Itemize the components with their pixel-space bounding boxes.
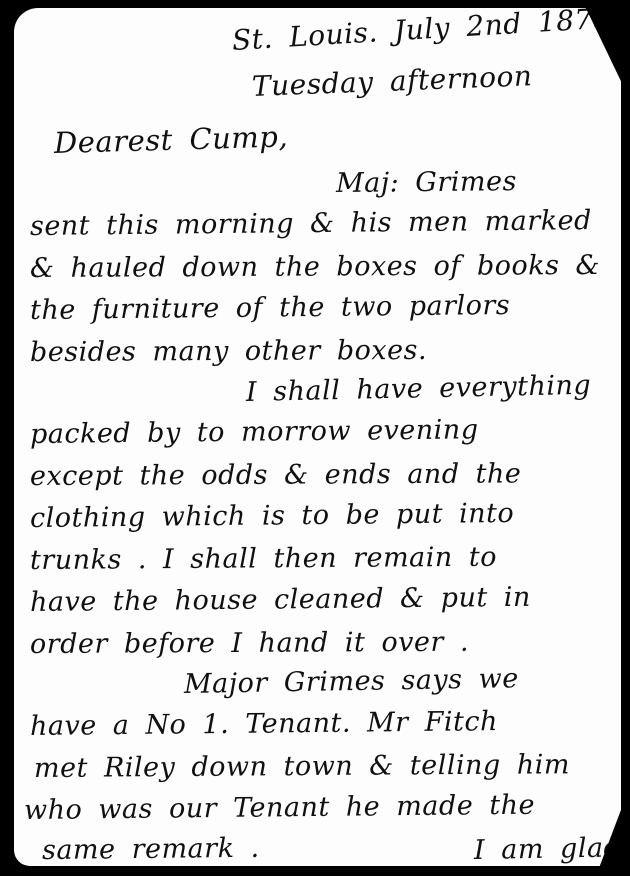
scanned-letter: St. Louis. July 2nd 1878. Tuesday aftern… [0, 0, 630, 876]
body-line: order before I hand it over . [30, 627, 469, 660]
salutation: Dearest Cump, [54, 119, 289, 160]
body-line: Major Grimes says we [184, 663, 519, 700]
closing-fragment: same remark . [42, 833, 260, 866]
closing-fragment: I am glad [474, 832, 622, 866]
body-line: clothing which is to be put into [30, 498, 515, 534]
body-line: trunks . I shall then remain to [30, 542, 497, 576]
body-line: have a No 1. Tenant. Mr Fitch [30, 706, 498, 742]
body-line: met Riley down town & telling him [34, 749, 570, 784]
body-line: have the house cleaned & put in [30, 582, 531, 618]
body-line: & hauled down the boxes of books & [30, 250, 600, 284]
dateline: St. Louis. July 2nd 1878. [231, 1, 621, 57]
body-line: who was our Tenant he made the [24, 790, 535, 826]
body-line: Maj: Grimes [336, 166, 517, 199]
letter-page: St. Louis. July 2nd 1878. Tuesday aftern… [14, 8, 621, 866]
body-line: I shall have everything [246, 370, 592, 408]
day-line: Tuesday afternoon [251, 59, 533, 103]
body-line: the furniture of the two parlors [30, 290, 511, 326]
body-line: except the odds & ends and the [30, 458, 522, 492]
body-line: sent this morning & his men marked [30, 205, 592, 242]
body-line: packed by to morrow evening [30, 414, 479, 450]
body-line: besides many other boxes. [30, 335, 427, 368]
